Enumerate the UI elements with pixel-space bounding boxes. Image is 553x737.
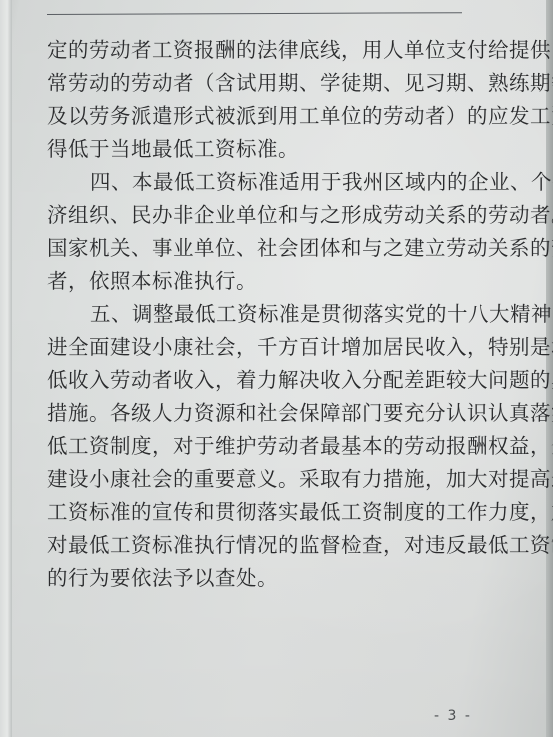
text-line: 低工资制度，对于维护劳动者最基本的劳动报酬权益，全面: [47, 430, 467, 463]
text-line: 措施。各级人力资源和社会保障部门要充分认识认真落实最: [47, 397, 467, 430]
text-line: 国家机关、事业单位、社会团体和与之建立劳动关系的劳动: [47, 232, 467, 265]
paper-left-edge: [0, 0, 12, 737]
text-line: 的行为要依法予以查处。: [47, 562, 467, 595]
text-line: 定的劳动者工资报酬的法律底线，用人单位支付给提供了正: [47, 34, 467, 67]
text-line: 工资标准的宣传和贯彻落实最低工资制度的工作力度，加强: [47, 496, 467, 529]
text-line: 及以劳务派遣形式被派到用工单位的劳动者）的应发工资不: [47, 100, 467, 133]
page-number: - 3 -: [434, 708, 472, 724]
text-line: 济组织、民办非企业单位和与之形成劳动关系的劳动者。: [47, 199, 467, 232]
text-line: 低收入劳动者收入，着力解决收入分配差距较大问题的具体: [47, 364, 467, 397]
text-line: 对最低工资标准执行情况的监督检查，对违反最低工资制度: [47, 529, 467, 562]
paragraph-section-5: 五、调整最低工资标准是贯彻落实党的十八大精神，推 进全面建设小康社会，千方百计增…: [47, 298, 467, 595]
text-line: 者，依照本标准执行。: [47, 265, 467, 298]
text-line: 常劳动的劳动者（含试用期、学徒期、见习期、熟练期等以: [47, 67, 467, 100]
text-line: 建设小康社会的重要意义。采取有力措施，加大对提高最低: [47, 463, 467, 496]
text-line: 四、本最低工资标准适用于我州区域内的企业、个体经: [47, 166, 467, 199]
text-line: 五、调整最低工资标准是贯彻落实党的十八大精神，推: [47, 298, 467, 331]
paragraph-continuation: 定的劳动者工资报酬的法律底线，用人单位支付给提供了正 常劳动的劳动者（含试用期、…: [47, 34, 467, 166]
text-line: 得低于当地最低工资标准。: [47, 133, 467, 166]
text-line: 进全面建设小康社会，千方百计增加居民收入，特别是增加: [47, 331, 467, 364]
document-body: 定的劳动者工资报酬的法律底线，用人单位支付给提供了正 常劳动的劳动者（含试用期、…: [47, 34, 467, 595]
header-rule: [47, 12, 462, 15]
paragraph-section-4: 四、本最低工资标准适用于我州区域内的企业、个体经 济组织、民办非企业单位和与之形…: [47, 166, 467, 298]
